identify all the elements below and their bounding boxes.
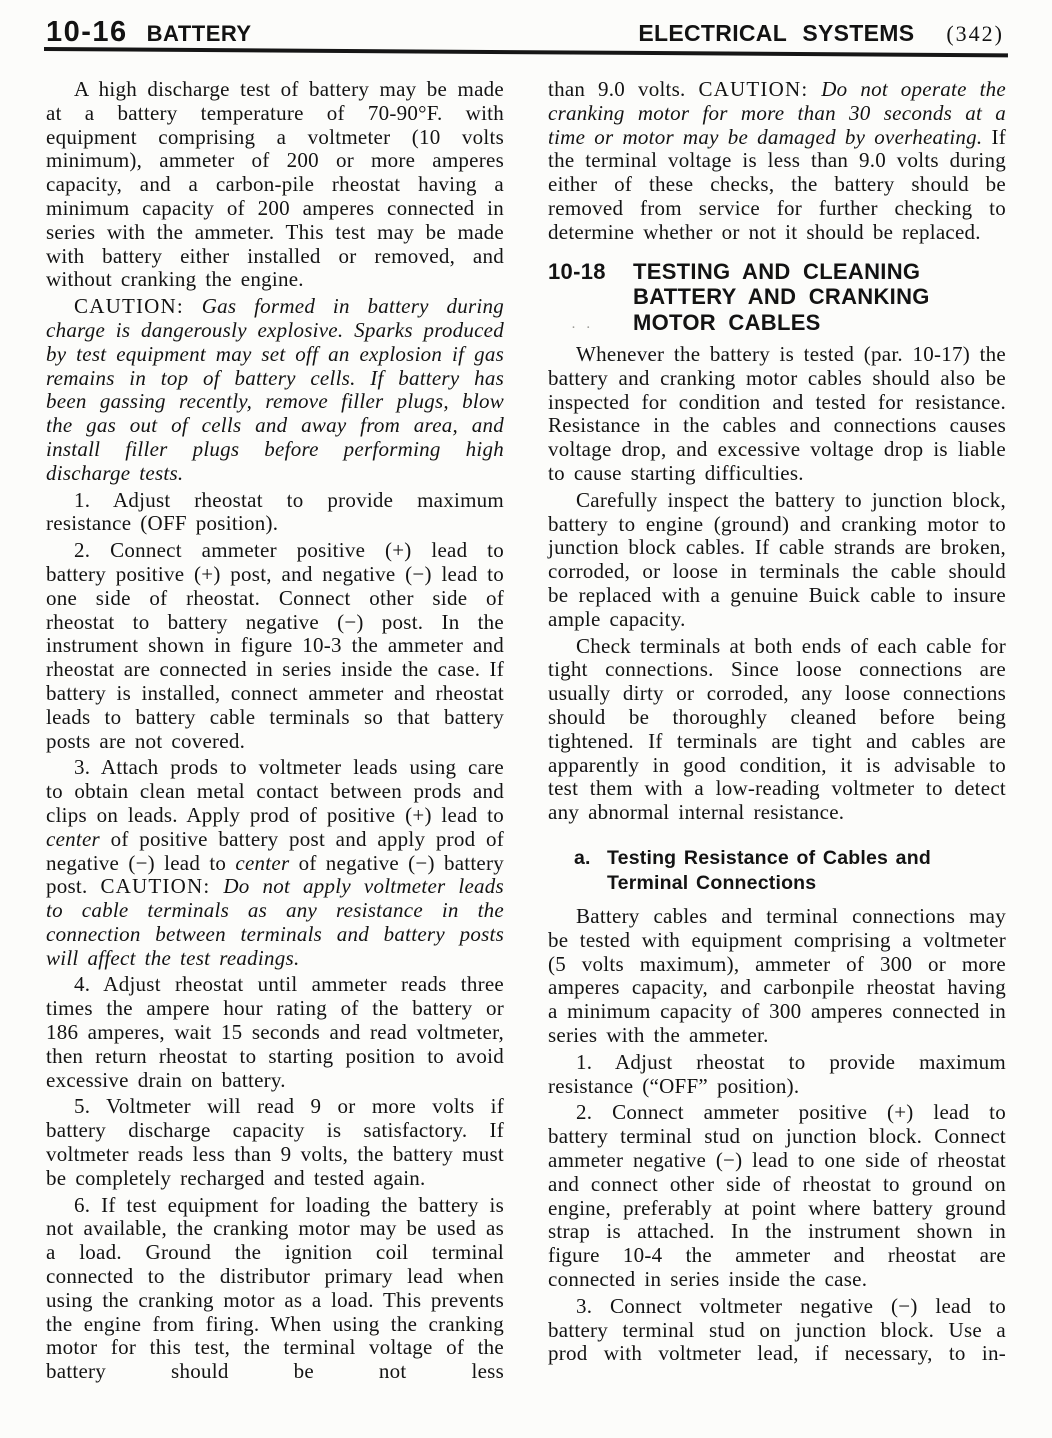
numbered-item-6: 6. If test equipment for loading the bat…: [46, 1194, 504, 1384]
continued-text: than 9.0 volts.: [548, 77, 698, 101]
numbered-item-1-right: 1. Adjust rheostat to provide maximum re…: [548, 1051, 1006, 1099]
item3-text: 3. Attach prods to voltmeter leads using…: [46, 755, 504, 827]
paragraph-high-discharge-test: A high discharge test of battery may be …: [46, 78, 504, 292]
caution-label: CAUTION:: [100, 874, 210, 898]
page-number: (342): [946, 21, 1004, 47]
subheading-testing-resistance: a. Testing Resistance of Cables and Term…: [574, 846, 1006, 896]
numbered-item-2: 2. Connect ammeter positive (+) lead to …: [46, 539, 504, 753]
numbered-item-5: 5. Voltmeter will read 9 or more volts i…: [46, 1095, 504, 1190]
numbered-item-4: 4. Adjust rheostat until ammeter reads t…: [46, 973, 504, 1092]
numbered-item-2-right: 2. Connect ammeter positive (+) lead to …: [548, 1101, 1006, 1291]
right-column: than 9.0 volts. CAUTION: Do not operate …: [548, 78, 1006, 1384]
scan-artifact-dots: [571, 320, 594, 337]
section-number: 10-16: [46, 16, 128, 49]
section-heading-title: TESTING AND CLEANING BATTERY AND CRANKIN…: [633, 259, 930, 336]
section-title: BATTERY: [147, 21, 252, 47]
item3-emphasis-center-1: center: [46, 827, 100, 851]
paragraph-battery-cables: Battery cables and terminal connections …: [548, 905, 1006, 1048]
left-column: A high discharge test of battery may be …: [46, 78, 504, 1384]
caution-text: Gas formed in battery during charge is d…: [46, 294, 504, 485]
subheading-letter: a.: [574, 846, 607, 896]
item3-emphasis-center-2: center: [235, 851, 289, 875]
section-heading-10-18: 10-18 TESTING AND CLEANING BATTERY AND C…: [548, 259, 1006, 336]
continued-paragraph: than 9.0 volts. CAUTION: Do not operate …: [548, 78, 1006, 245]
page-header: 10-16 BATTERY ELECTRICAL SYSTEMS (342): [46, 16, 1006, 49]
subheading-title: Testing Resistance of Cables and Termina…: [607, 846, 931, 896]
paragraph-whenever-tested: Whenever the battery is tested (par. 10-…: [548, 343, 1006, 486]
manual-page: 10-16 BATTERY ELECTRICAL SYSTEMS (342) A…: [0, 0, 1052, 1438]
header-left: 10-16 BATTERY: [46, 16, 252, 49]
caution-paragraph-gas: CAUTION: Gas formed in battery during ch…: [46, 295, 504, 485]
caution-label: CAUTION:: [698, 77, 808, 101]
two-column-body: A high discharge test of battery may be …: [46, 78, 1006, 1384]
paragraph-carefully-inspect: Carefully inspect the battery to junctio…: [548, 489, 1006, 632]
numbered-item-3: 3. Attach prods to voltmeter leads using…: [46, 756, 504, 970]
paragraph-check-terminals: Check terminals at both ends of each cab…: [548, 635, 1006, 825]
numbered-item-1: 1. Adjust rheostat to provide maximum re…: [46, 489, 504, 537]
caution-label: CAUTION:: [74, 294, 184, 318]
running-title: ELECTRICAL SYSTEMS: [638, 20, 914, 47]
numbered-item-3-right: 3. Connect voltmeter negative (−) lead t…: [548, 1295, 1006, 1366]
header-right: ELECTRICAL SYSTEMS (342): [638, 20, 1004, 47]
